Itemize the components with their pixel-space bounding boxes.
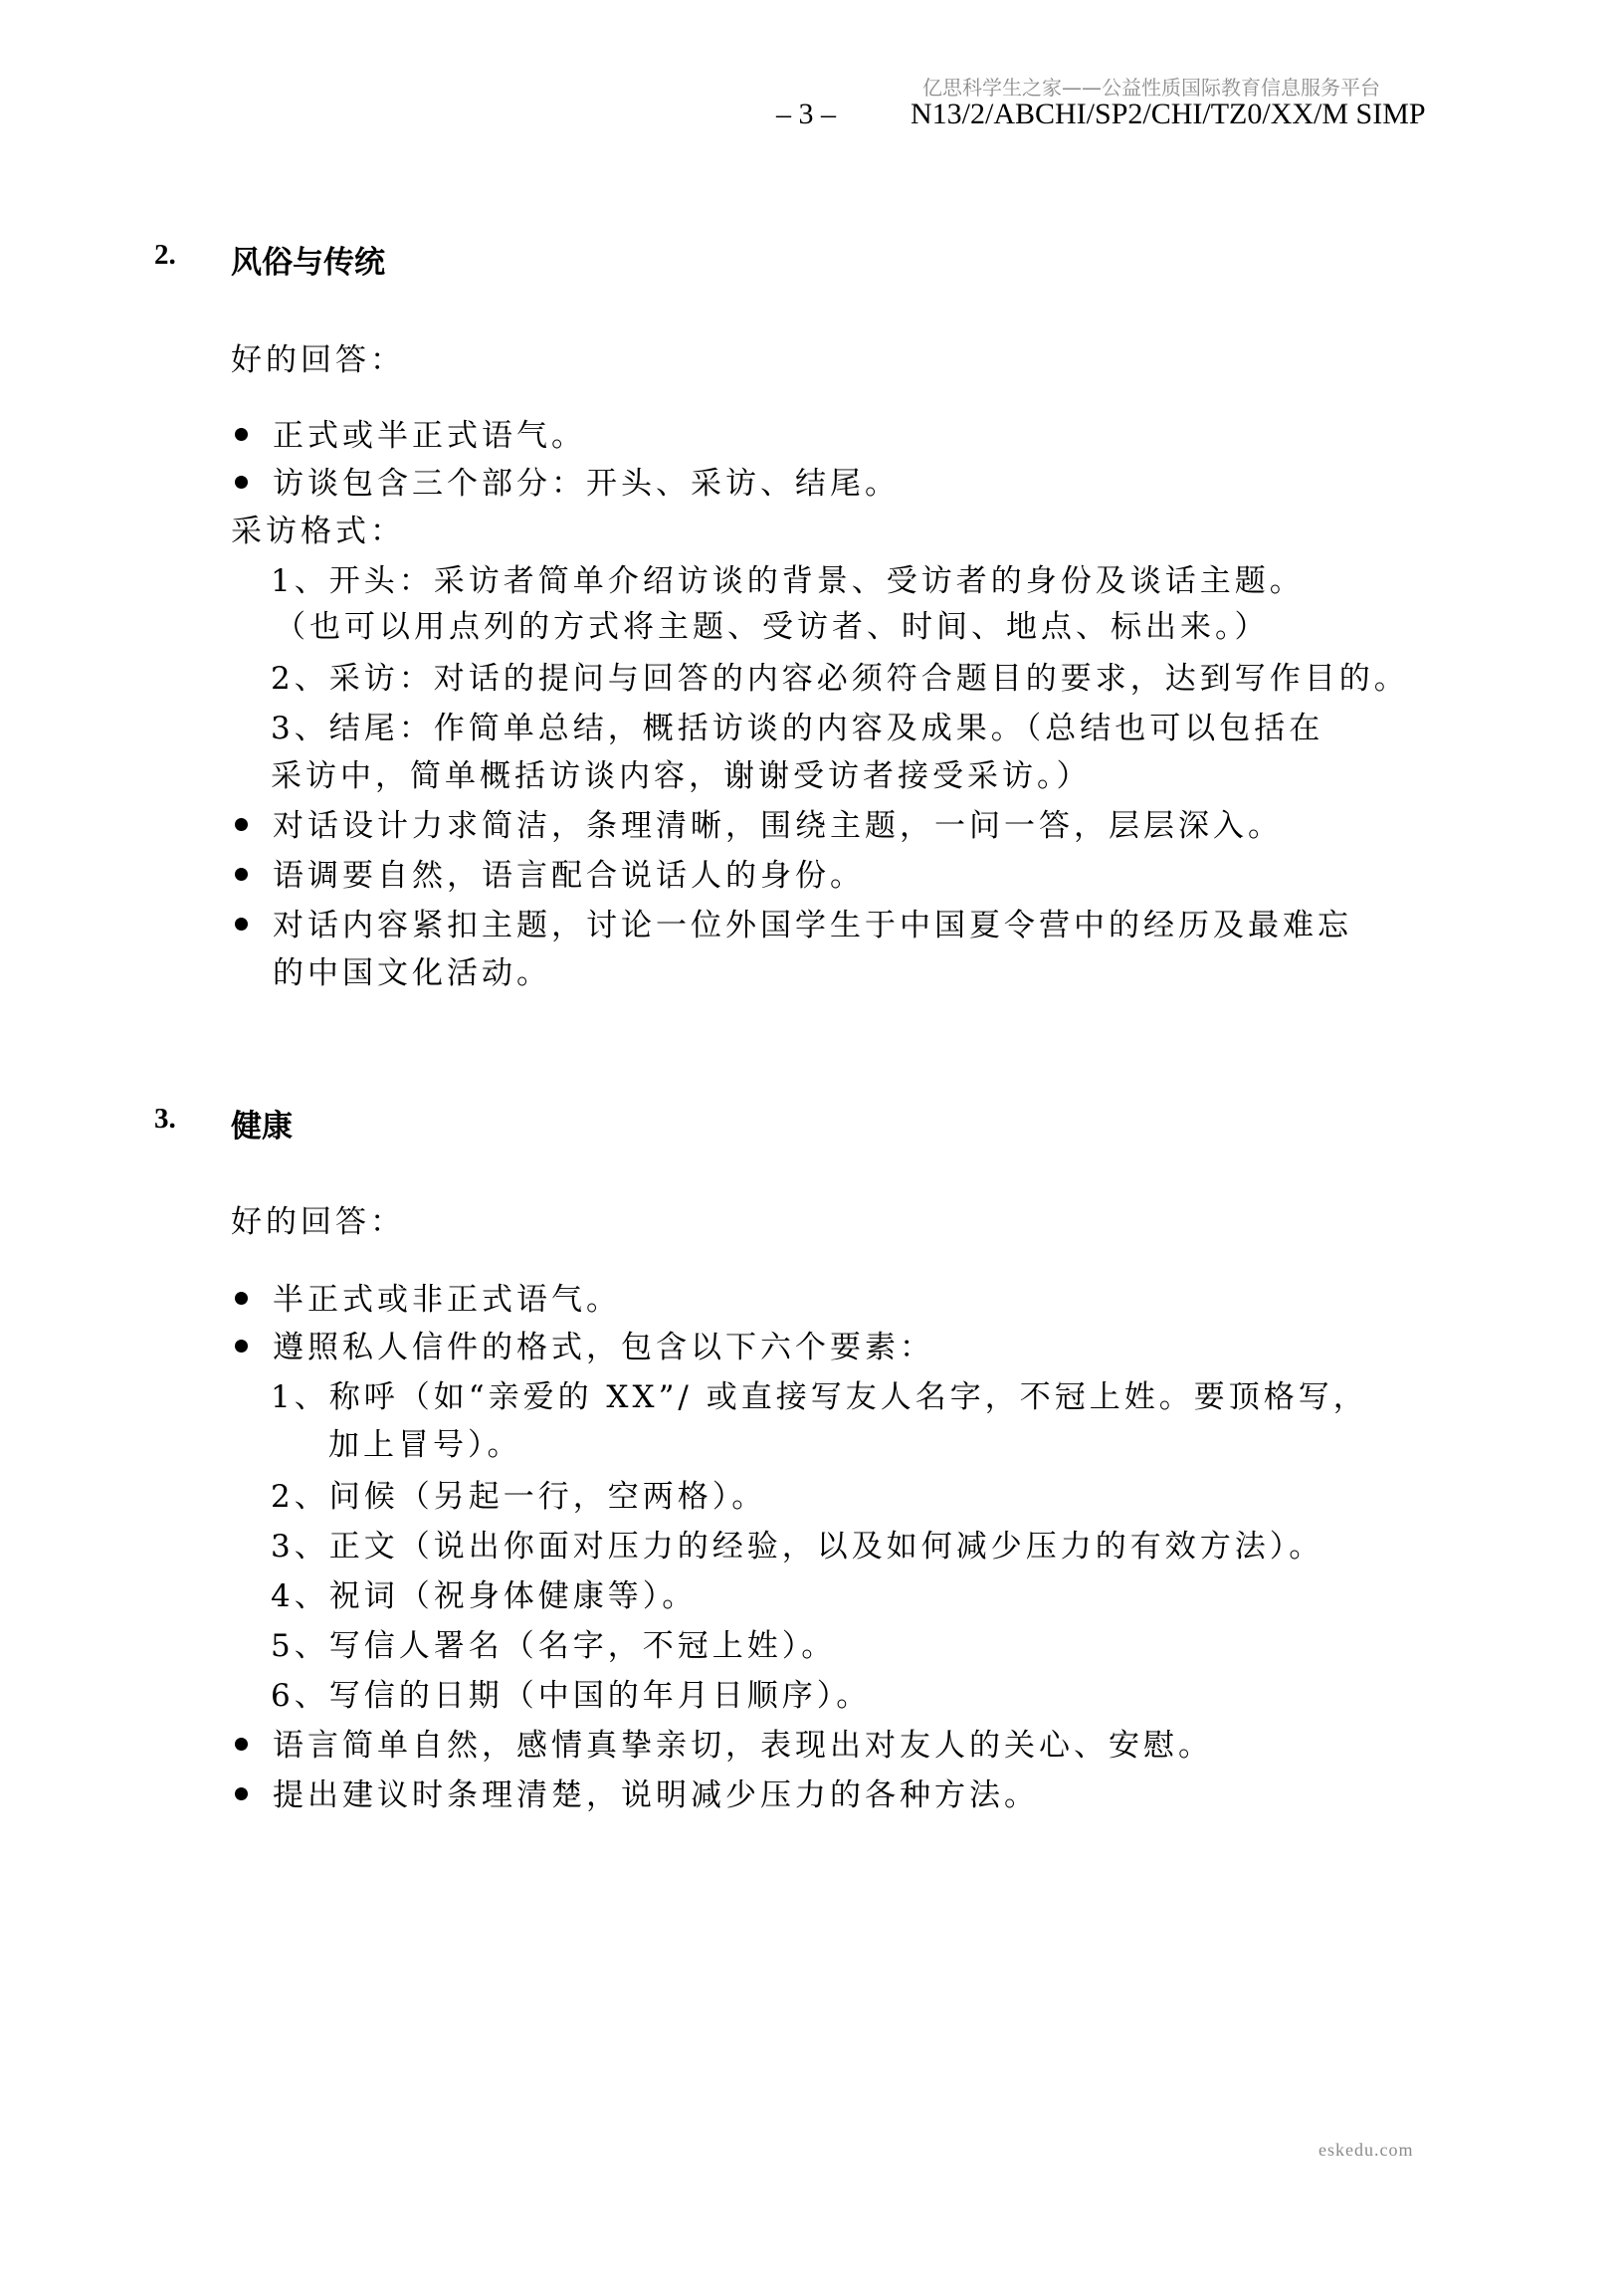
format-item: 2、采访：对话的提问与回答的内容必须符合题目的要求，达到写作目的。 (271, 653, 1409, 698)
bullet-item: 语调要自然，语言配合说话人的身份。 (273, 850, 865, 895)
intro-label: 好的回答： (231, 334, 405, 379)
document-code: N13/2/ABCHI/SP2/CHI/TZ0/XX/M SIMP (911, 98, 1426, 130)
format-item: 3、结尾：作简单总结，概括访谈的内容及成果。（总结也可以包括在 (271, 703, 1323, 747)
header-watermark: 亿思科学生之家——公益性质国际教育信息服务平台 (922, 72, 1380, 101)
page-number: – 3 – (776, 98, 911, 131)
bullet-item: 正式或半正式语气。 (273, 410, 586, 455)
bullet-icon (235, 868, 248, 881)
bullet-item: 语言简单自然，感情真挚亲切，表现出对友人的关心、安慰。 (273, 1720, 1213, 1765)
bullet-icon (235, 1340, 248, 1353)
bullet-item: 访谈包含三个部分：开头、采访、结尾。 (273, 458, 900, 503)
bullet-item: 提出建议时条理清楚，说明减少压力的各种方法。 (273, 1770, 1039, 1814)
bullet-icon (235, 818, 248, 831)
bullet-icon (235, 476, 248, 489)
format-item: 5、写信人署名（名字，不冠上姓）。 (271, 1620, 836, 1665)
bullet-item: 对话设计力求简洁，条理清晰，围绕主题，一问一答，层层深入。 (273, 800, 1283, 845)
page-header: – 3 –N13/2/ABCHI/SP2/CHI/TZ0/XX/M SIMP (776, 98, 1426, 131)
bullet-icon (235, 1738, 248, 1751)
format-label: 采访格式： (231, 506, 405, 550)
section-title: 健康 (231, 1101, 293, 1146)
bullet-icon (235, 1787, 248, 1800)
format-item: 采访中，简单概括访谈内容，谢谢受访者接受采访。） (271, 750, 1092, 795)
format-item: 3、正文（说出你面对压力的经验，以及如何减少压力的有效方法）。 (271, 1521, 1323, 1565)
section-title: 风俗与传统 (231, 237, 385, 282)
format-item: 1、开头：采访者简单介绍访谈的背景、受访者的身份及谈话主题。 (271, 555, 1305, 600)
bullet-item: 遵照私人信件的格式，包含以下六个要素： (273, 1322, 934, 1366)
bullet-icon (235, 918, 248, 931)
format-item: 4、祝词（祝身体健康等）。 (271, 1570, 697, 1615)
bullet-item: 对话内容紧扣主题，讨论一位外国学生于中国夏令营中的经历及最难忘 (273, 900, 1352, 944)
format-item: 2、问候（另起一行，空两格）。 (271, 1471, 766, 1516)
format-item: 6、写信的日期（中国的年月日顺序）。 (271, 1670, 871, 1715)
intro-label: 好的回答： (231, 1196, 405, 1241)
section-number: 2. (154, 239, 176, 272)
format-item: 1、称呼（如“亲爱的 XX”/ 或直接写友人名字，不冠上姓。要顶格写， (271, 1371, 1368, 1416)
format-item-continuation: 加上冒号）。 (328, 1419, 522, 1464)
format-item: （也可以用点列的方式将主题、受访者、时间、地点、标出来。） (275, 601, 1270, 646)
footer-watermark: eskedu.com (1319, 2140, 1413, 2161)
bullet-item-continuation: 的中国文化活动。 (273, 947, 551, 992)
bullet-item: 半正式或非正式语气。 (273, 1274, 621, 1319)
bullet-icon (235, 428, 248, 441)
bullet-icon (235, 1292, 248, 1305)
section-number: 3. (154, 1103, 176, 1136)
